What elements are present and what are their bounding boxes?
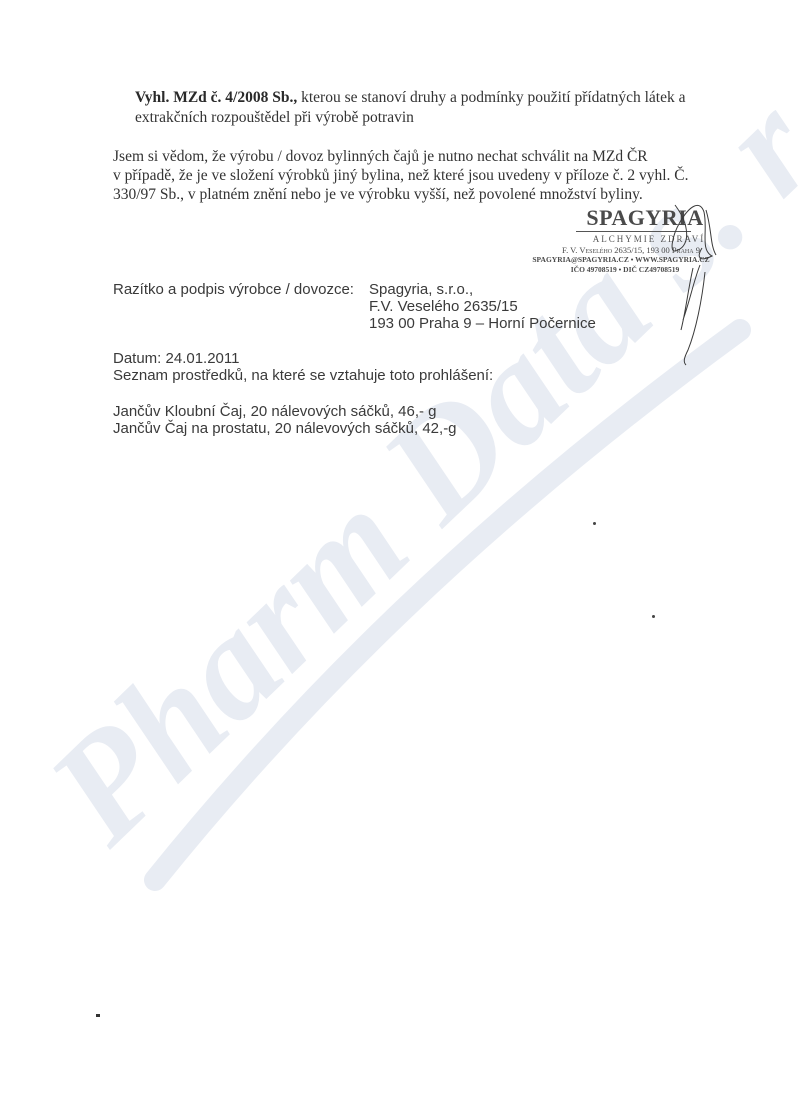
company-stamp: SPAGYRIA ALCHYMIE ZDRAVÍ F. V. Veselého … [516, 206, 726, 275]
stamp-address: F. V. Veselého 2635/15, 193 00 Praha 9 [516, 245, 726, 255]
stamp-tagline: ALCHYMIE ZDRAVÍ [516, 233, 726, 245]
scan-speck [652, 615, 655, 618]
company-street: F.V. Veselého 2635/15 [369, 298, 518, 316]
company-city: 193 00 Praha 9 – Horní Počernice [369, 315, 596, 333]
stamp-signature-label: Razítko a podpis výrobce / dovozce: [113, 281, 354, 299]
scan-speck [96, 1014, 100, 1017]
stamp-brand: SPAGYRIA [516, 206, 726, 230]
scan-speck [593, 522, 596, 525]
document-date: Datum: 24.01.2011 [113, 350, 239, 368]
product-item: Jančův Kloubní Čaj, 20 nálevových sáčků,… [113, 403, 437, 421]
product-item: Jančův Čaj na prostatu, 20 nálevových sá… [113, 420, 457, 438]
declaration-line: 330/97 Sb., v platném znění nebo je ve v… [113, 185, 643, 204]
regulation-reference: Vyhl. MZd č. 4/2008 Sb., [135, 89, 297, 106]
stamp-ids: IČO 49708519 • DIČ CZ49708519 [516, 265, 726, 275]
stamp-divider [576, 231, 691, 232]
regulation-line-2: extrakčních rozpouštědel při výrobě potr… [135, 108, 414, 127]
declaration-line: v případě, že je ve složení výrobků jiný… [113, 166, 689, 185]
declaration-line: Jsem si vědom, že výrobu / dovoz bylinný… [113, 147, 648, 166]
stamp-contact: SPAGYRIA@SPAGYRIA.CZ • WWW.SPAGYRIA.CZ [516, 255, 726, 265]
regulation-line-1: Vyhl. MZd č. 4/2008 Sb., kterou se stano… [135, 88, 686, 107]
products-heading: Seznam prostředků, na které se vztahuje … [113, 367, 493, 385]
company-name: Spagyria, s.r.o., [369, 281, 473, 299]
